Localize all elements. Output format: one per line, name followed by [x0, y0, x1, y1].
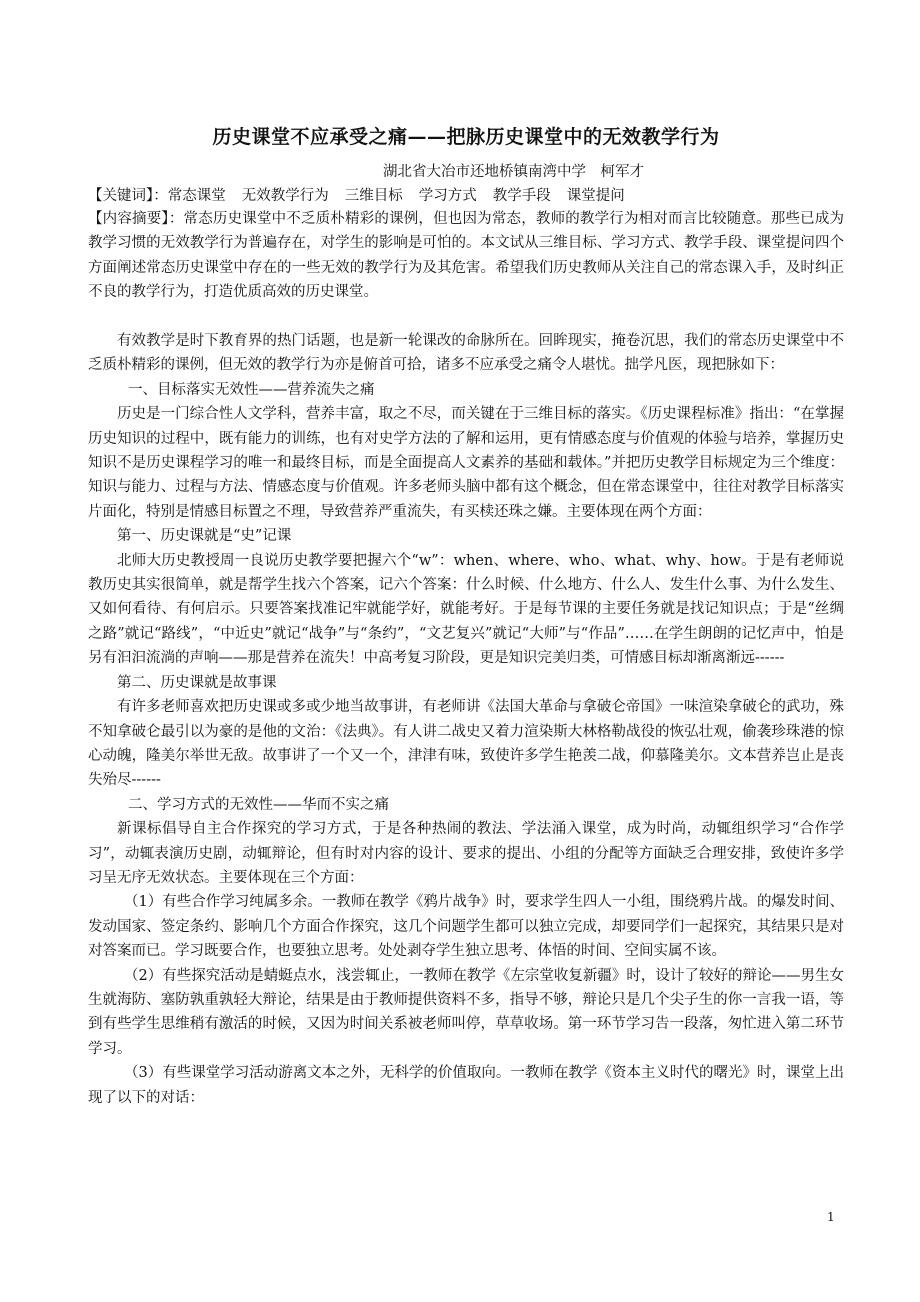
abstract: 【内容摘要】：常态历史课堂中不乏质朴精彩的课例，但也因为常态，教师的教学行为相对… [88, 207, 844, 305]
keyword: 学习方式 [419, 188, 477, 204]
abstract-label: 【内容摘要】： [88, 211, 184, 227]
keyword: 无效教学行为 [242, 188, 329, 204]
paragraph: 有许多老师喜欢把历史课或多或少地当故事讲，有老师讲《法国大革命与拿破仑帝国》一味… [88, 695, 844, 793]
author-line: 湖北省大冶市还地桥镇南湾中学 柯军才 [383, 160, 644, 181]
section-heading: 一、目标落实无效性——营养流失之痛 [88, 378, 844, 402]
keyword: 三维目标 [345, 188, 403, 204]
paragraph: 历史是一门综合性人文学科，营养丰富，取之不尽，而关键在于三维目标的落实。《历史课… [88, 402, 844, 524]
paragraph: 北师大历史教授周一良说历史教学要把握六个“w”：when、where、who、w… [88, 549, 844, 671]
document-body: 【内容摘要】：常态历史课堂中不乏质朴精彩的课例，但也因为常态，教师的教学行为相对… [88, 207, 844, 1110]
subsection-heading: 第一、历史课就是“史”记课 [88, 524, 844, 548]
abstract-text: 常态历史课堂中不乏质朴精彩的课例，但也因为常态，教师的教学行为相对而言比较随意。… [88, 211, 844, 300]
document-title: 历史课堂不应承受之痛——把脉历史课堂中的无效教学行为 [88, 122, 844, 149]
subsection-heading: 第二、历史课就是故事课 [88, 671, 844, 695]
keyword: 教学手段 [493, 188, 551, 204]
keyword: 常态课堂 [168, 188, 226, 204]
paragraph: 有效教学是时下教育界的热门话题，也是新一轮课改的命脉所在。回眸现实，掩卷沉思，我… [88, 329, 844, 378]
keyword: 课堂提问 [567, 188, 625, 204]
keywords-label: 【关键词】： [88, 188, 168, 204]
paragraph: 新课标倡导自主合作探究的学习方式，于是各种热闹的教法、学法涌入课堂，成为时尚，动… [88, 817, 844, 890]
page-number: 1 [827, 1210, 835, 1224]
section-heading: 二、学习方式的无效性——华而不实之痛 [88, 793, 844, 817]
keywords-line: 【关键词】：常态课堂无效教学行为三维目标学习方式教学手段课堂提问 [88, 184, 625, 205]
paragraph: （2）有些探究活动是蜻蜓点水，浅尝辄止，一教师在教学《左宗堂收复新疆》时，设计了… [88, 964, 844, 1062]
paragraph: （3）有些课堂学习活动游离文本之外，无科学的价值取向。一教师在教学《资本主义时代… [88, 1061, 844, 1110]
paragraph: （1）有些合作学习纯属多余。一教师在教学《鸦片战争》时，要求学生四人一小组，围绕… [88, 890, 844, 963]
